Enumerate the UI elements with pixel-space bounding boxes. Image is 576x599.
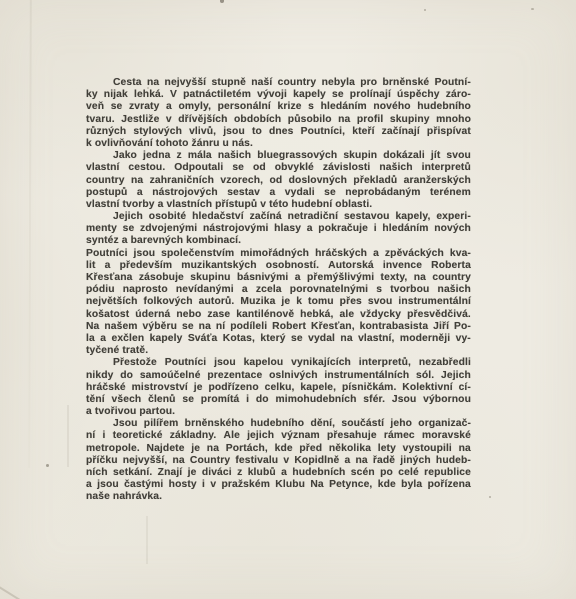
text-line: syntéz a barevných kombinací. xyxy=(86,235,471,247)
text-line: tyčené tratě. xyxy=(86,345,471,357)
text-line: hráčskémistrovstvíjepodřízenocelku,kapel… xyxy=(86,382,471,394)
text-line: mentysezdvojenýminástrojovýmihlasyapokra… xyxy=(86,223,471,235)
text-line: nikdydosamoúčelnéprezentaceoslnivýchinst… xyxy=(86,370,471,382)
text-line: k ovlivňování tohoto žánru u nás. xyxy=(86,138,471,150)
scan-streak xyxy=(67,405,69,467)
text-line: pódiunaprostonevídanýmiazcelaporovnateln… xyxy=(86,284,471,296)
text-line: vlastnícestou.Odpoutaliseodobvyklézávisl… xyxy=(86,162,471,174)
text-line: vlastní tvorby a vlastních přístupů v té… xyxy=(86,199,471,211)
text-line: těnívšechčlenůsepromítáidomimohudebníchs… xyxy=(86,394,471,406)
text-line: PřestožePoutnícijsoukapelouvynikajícíchi… xyxy=(86,357,471,369)
scan-speck xyxy=(489,496,491,498)
liner-notes-text: Cestananejvyššístupněnašícountrynebylapr… xyxy=(86,77,471,504)
text-line: NanašemvýběrusenanípodíleliRobertKřesťan… xyxy=(86,321,471,333)
text-line: příčkunejvyšší,naCountryfestivaluvKopidl… xyxy=(86,455,471,467)
paragraph: Jsoupilířembrněnskéhohudebníhodění,součá… xyxy=(86,418,471,503)
text-line: níiteoretickézákladny.Alejejichvýznampře… xyxy=(86,430,471,442)
text-line: laaexčlenkapelySváťaKotas,kterýsevydalna… xyxy=(86,333,471,345)
text-line: ajsoučastýmihostyivpražskémKlubuNaPetync… xyxy=(86,479,471,491)
text-line: naše nahrávka. xyxy=(86,491,471,503)
paragraph: PřestožePoutnícijsoukapelouvynikajícíchi… xyxy=(86,357,471,418)
text-line: countrynazahraničníchvzorech,oddoslovnýc… xyxy=(86,175,471,187)
paragraph: Poutnícijsouspolečenstvímmimořádnýchhráč… xyxy=(86,248,471,358)
text-line: tvaru.Jestliževdřívějšíchobdobíchpůsobil… xyxy=(86,114,471,126)
text-line: kynijaklehká.Vpatnáctiletémvývojikapelys… xyxy=(86,89,471,101)
scan-speck xyxy=(531,8,534,10)
scan-crease-corner xyxy=(0,584,28,599)
scan-crease-vertical xyxy=(28,0,32,468)
text-line: košatostúdernánebozasekantilénověhebká,a… xyxy=(86,309,471,321)
text-line: a tvořivou partou. xyxy=(86,406,471,418)
text-line: Křesťanazásobujeskupinubásnivýmiapřemýšl… xyxy=(86,272,471,284)
text-line: Jejichosobitéhledačstvízačínánetradičnís… xyxy=(86,211,471,223)
scan-speck xyxy=(46,464,49,467)
text-line: Cestananejvyššístupněnašícountrynebylapr… xyxy=(86,77,471,89)
paragraph: Cestananejvyššístupněnašícountrynebylapr… xyxy=(86,77,471,150)
text-line: veňsezvratyaomyly,personálníkrizeshledán… xyxy=(86,101,471,113)
text-line: Jsoupilířembrněnskéhohudebníhodění,součá… xyxy=(86,418,471,430)
paragraph: Jejichosobitéhledačstvízačínánetradičnís… xyxy=(86,211,471,248)
text-line: Poutnícijsouspolečenstvímmimořádnýchhráč… xyxy=(86,248,471,260)
scan-speck xyxy=(220,0,224,3)
text-line: níchsetkání.Znajíjedivácizklubůahudebníc… xyxy=(86,467,471,479)
scanned-liner-notes-page: Cestananejvyššístupněnašícountrynebylapr… xyxy=(0,0,576,599)
text-line: postupůanástrojovýchsestavavydalisenepro… xyxy=(86,187,471,199)
paragraph: Jakojednazmálanašichbluegrassovýchskupin… xyxy=(86,150,471,211)
text-line: největšíchfolkovýchautorů.Muzikajektomup… xyxy=(86,296,471,308)
text-line: litapředevšímmuzikantskýchosobností.Auto… xyxy=(86,260,471,272)
scan-speck xyxy=(424,9,426,11)
text-line: Jakojednazmálanašichbluegrassovýchskupin… xyxy=(86,150,471,162)
scan-streak xyxy=(146,516,148,564)
text-line: metropole.NajdetejenaPortách,kdepředněko… xyxy=(86,443,471,455)
text-line: různýchstylovýchvlivů,jsoutodnesPoutníci… xyxy=(86,126,471,138)
